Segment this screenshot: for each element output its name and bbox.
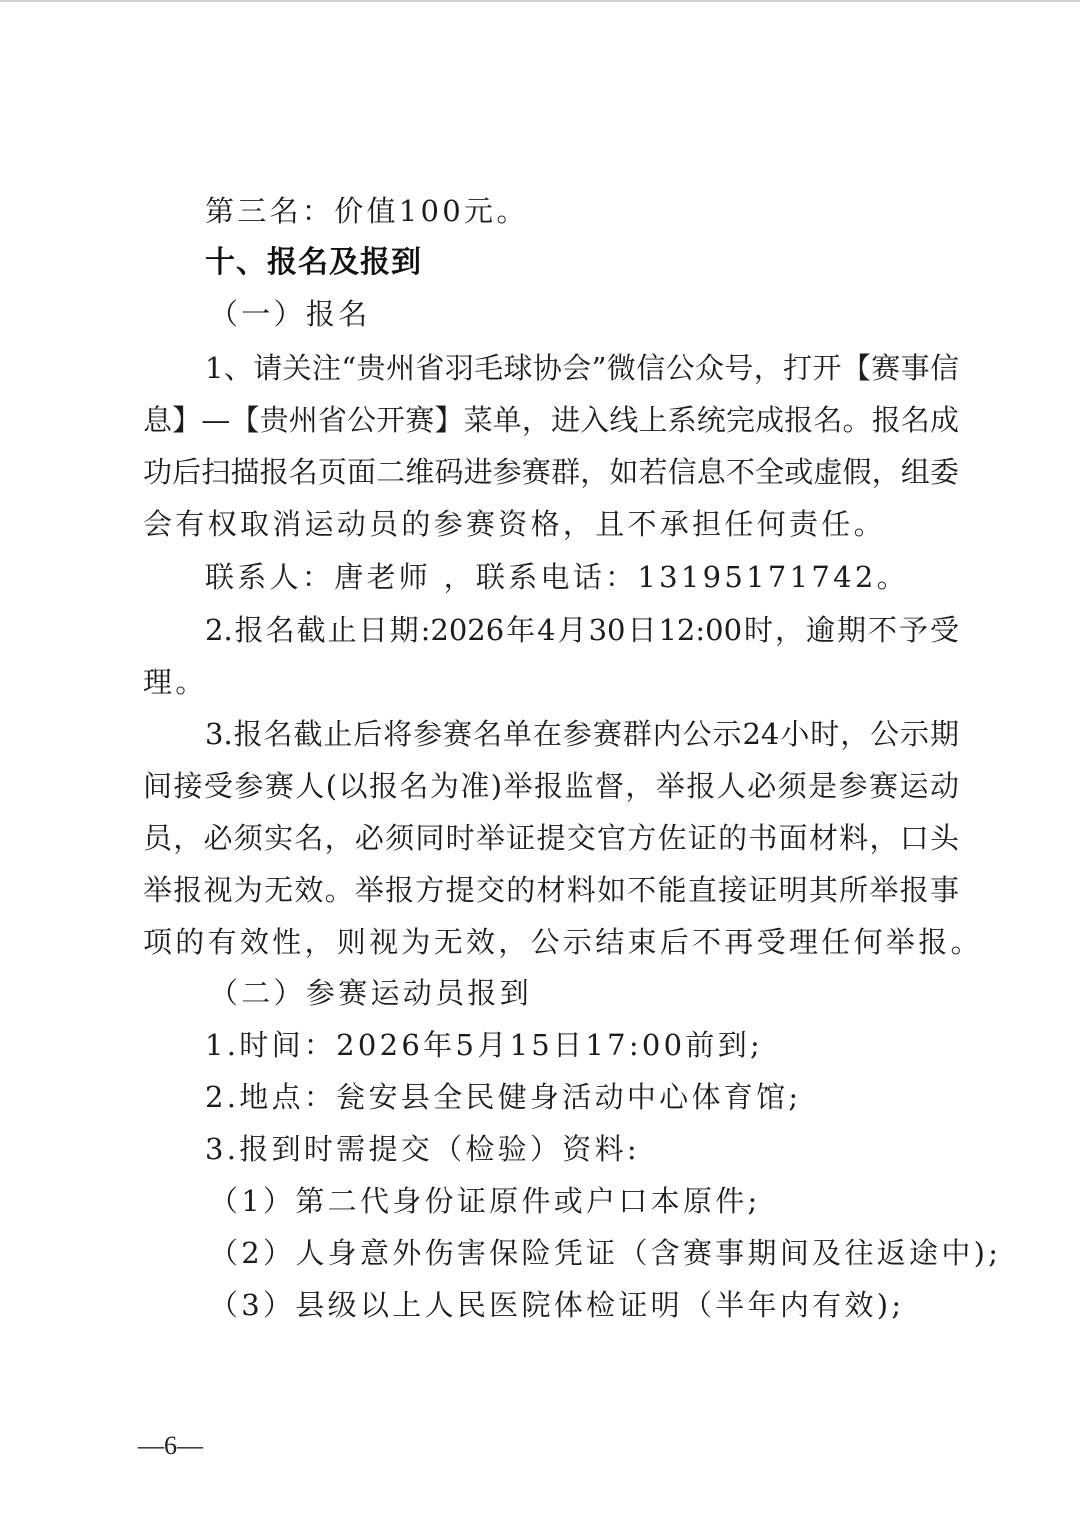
contact-line: 联系人：唐老师 ，联系电话：13195171742。 [205,557,959,597]
paragraph-line: 举报视为无效。举报方提交的材料如不能直接证明其所举报事 [143,870,959,910]
required-doc-item: （2）人身意外伤害保险凭证（含赛事期间及往返途中); [209,1233,1025,1273]
required-doc-item: （3）县级以上人民医院体检证明（半年内有效); [209,1285,1025,1325]
subsection-heading-signup: （一）报名 [209,294,1025,334]
checkin-time-line: 1.时间：2026年5月15日17:00前到; [205,1025,959,1065]
paragraph-line: 间接受参赛人(以报名为准)举报监督，举报人必须是参赛运动 [143,766,959,806]
top-edge-rule [0,0,1080,2]
subsection-heading-checkin: （二）参赛运动员报到 [209,973,1025,1013]
paragraph-line: 会有权取消运动员的参赛资格，且不承担任何责任。 [143,504,959,544]
paragraph-line: 3.报名截止后将参赛名单在参赛群内公示24小时，公示期 [205,714,959,754]
paragraph-line: 理。 [143,662,959,702]
deadline-line: 2.报名截止日期:2026年4月30日12:00时，逾期不予受 [205,610,959,650]
checkin-docs-line: 3.报到时需提交（检验）资料: [205,1129,959,1169]
paragraph-line: 项的有效性，则视为无效，公示结束后不再受理任何举报。 [143,922,959,962]
paragraph-line: 息】—【贵州省公开赛】菜单，进入线上系统完成报名。报名成 [143,400,959,440]
required-doc-item: （1）第二代身份证原件或户口本原件; [209,1181,1025,1221]
paragraph-line: 功后扫描报名页面二维码进参赛群，如若信息不全或虚假，组委 [143,452,959,492]
paragraph-line: 1、请关注“贵州省羽毛球协会”微信公众号，打开【赛事信 [205,348,959,388]
page-number: —6— [138,1430,203,1462]
paragraph-line: 员，必须实名，必须同时举证提交官方佐证的书面材料，口头 [143,818,959,858]
section-heading-registration: 十、报名及报到 [205,243,959,283]
prize-third-line: 第三名：价值100元。 [205,191,959,231]
checkin-place-line: 2.地点：瓮安县全民健身活动中心体育馆; [205,1077,959,1117]
